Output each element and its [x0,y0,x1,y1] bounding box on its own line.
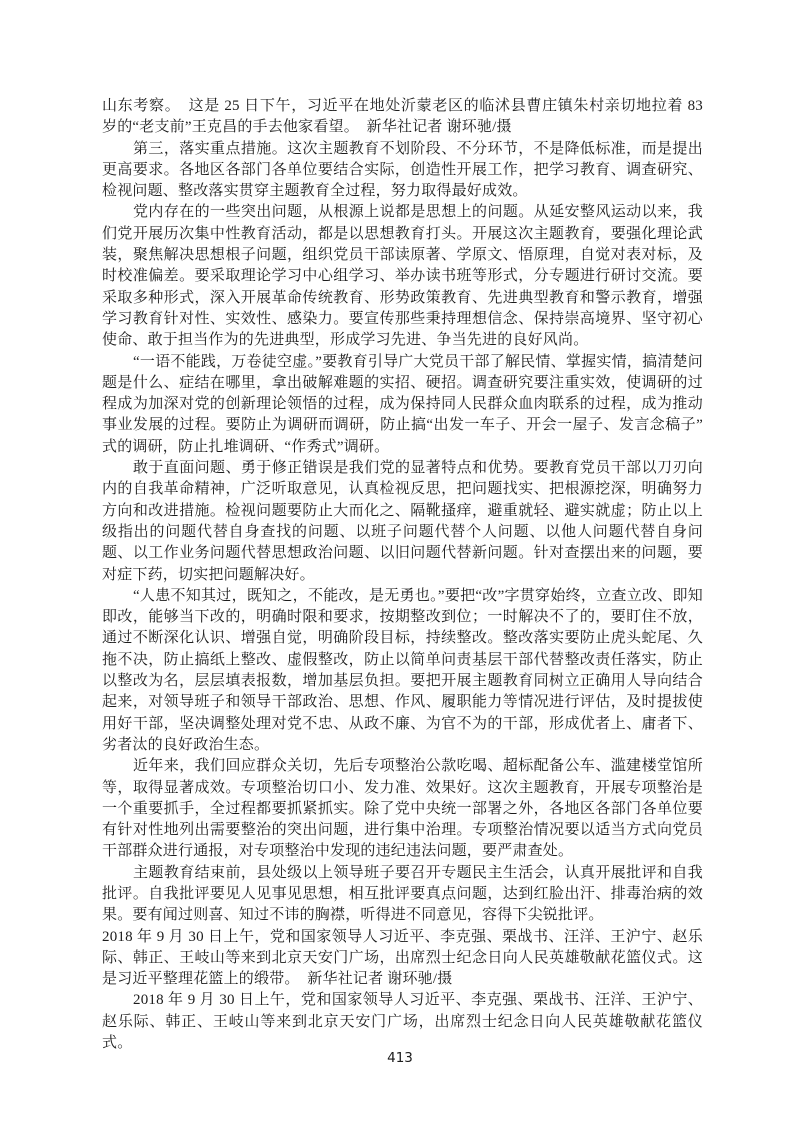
page-number: 413 [0,1050,800,1066]
para-investigation-research: “一语不能践，万卷徒空虚。”要教育引导广大党员干部了解民情、掌握实情，搞清楚问题… [102,352,703,458]
para-third-measures: 第三，落实重点措施。这次主题教育不划阶段、不分环节，不是降低标准，而是提出更高要… [102,139,703,203]
document-page: 山东考察。 这是 25 日下午，习近平在地处沂蒙老区的临沭县曹庄镇朱村亲切地拉着… [0,0,800,1133]
para-self-examination: 敢于直面问题、勇于修正错误是我们党的显著特点和优势。要教育党员干部以刀刃向内的自… [102,458,703,586]
caption-martyrs-day: 2018 年 9 月 30 日上午，党和国家领导人习近平、李克强、栗战书、汪洋、… [102,927,703,991]
para-martyrs-day: 2018 年 9 月 30 日上午，党和国家领导人习近平、李克强、栗战书、汪洋、… [102,990,703,1054]
para-ideological-problems: 党内存在的一些突出问题，从根源上说都是思想上的问题。从延安整风运动以来，我们党开… [102,202,703,351]
para-special-rectification: 近年来，我们回应群众关切，先后专项整治公款吃喝、超标配备公车、滥建楼堂馆所等，取… [102,756,703,862]
text-block: 山东考察。 这是 25 日下午，习近平在地处沂蒙老区的临沭县曹庄镇朱村亲切地拉着… [102,96,703,1054]
caption-shandong-visit: 山东考察。 这是 25 日下午，习近平在地处沂蒙老区的临沭县曹庄镇朱村亲切地拉着… [102,96,703,139]
para-democratic-life-meeting: 主题教育结束前，县处级以上领导班子要召开专题民主生活会，认真开展批评和自我批评。… [102,863,703,927]
para-rectification: “人患不知其过，既知之，不能改，是无勇也。”要把“改”字贯穿始终，立查立改、即知… [102,586,703,756]
